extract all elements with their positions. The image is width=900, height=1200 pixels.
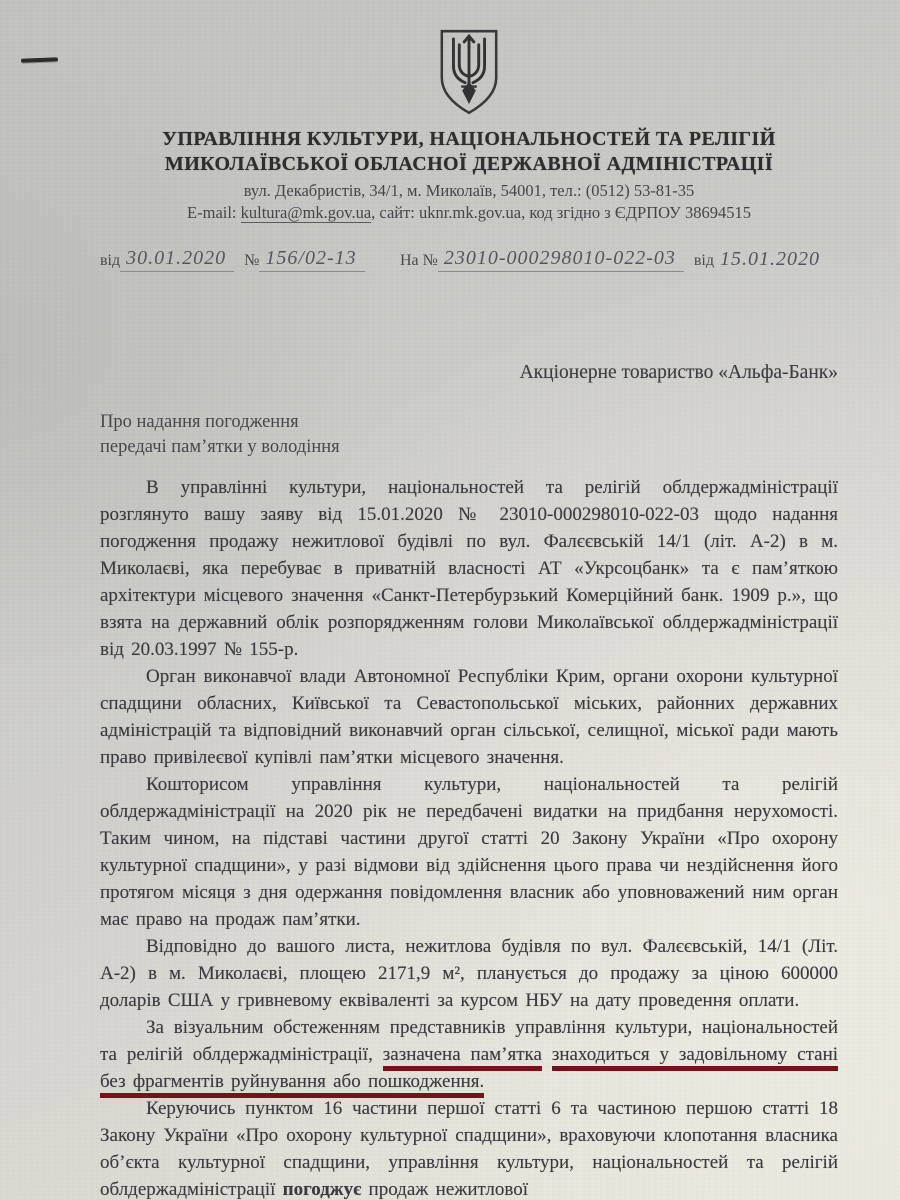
- body-paragraph-1: В управлінні культури, національностей т…: [100, 474, 838, 663]
- ukraine-trident-emblem-icon: [435, 26, 503, 118]
- body-paragraph-6: Керуючись пунктом 16 частини першої стат…: [100, 1095, 838, 1200]
- paragraph-6-tail: продаж нежитлової: [361, 1179, 528, 1200]
- reference-line: від 30.01.2020 № 156/02-13 На № 23010-00…: [100, 247, 838, 272]
- email-label: E-mail:: [187, 203, 241, 222]
- scanned-letter-page: УПРАВЛІННЯ КУЛЬТУРИ, НАЦІОНАЛЬНОСТЕЙ ТА …: [0, 0, 900, 1200]
- incoming-number-handwritten: 23010-000298010-022-03: [444, 247, 676, 269]
- outgoing-number-handwritten: 156/02-13: [265, 247, 356, 269]
- incoming-date-label: від: [694, 252, 714, 272]
- incoming-date-handwritten: 15.01.2020: [720, 248, 820, 270]
- incoming-number-label: На №: [400, 252, 438, 272]
- body-paragraph-2: Орган виконавчої влади Автономної Респуб…: [100, 663, 838, 771]
- org-address-line: вул. Декабристів, 34/1, м. Миколаїв, 540…: [100, 181, 838, 201]
- incoming-number-field: 23010-000298010-022-03: [438, 247, 684, 272]
- body-paragraph-5: За візуальним обстеженням представників …: [100, 1014, 838, 1095]
- outgoing-date-label: від: [100, 252, 120, 272]
- email-address: kultura@mk.gov.ua: [241, 203, 372, 223]
- subject-block: Про надання погодження передачі пам’ятки…: [100, 410, 838, 460]
- addressee-line: Акціонерне товариство «Альфа-Банк»: [100, 362, 838, 384]
- letter-body: В управлінні культури, національностей т…: [100, 474, 838, 1200]
- emblem-container: [100, 26, 838, 123]
- body-paragraph-3: Кошторисом управління культури, націонал…: [100, 771, 838, 933]
- subject-line2: передачі пам’ятки у володіння: [100, 435, 838, 460]
- body-paragraph-4: Відповідно до вашого листа, нежитлова бу…: [100, 933, 838, 1014]
- approval-word-bold: погоджує: [283, 1179, 362, 1200]
- red-underlined-text-1: зазначена пам’ятка: [383, 1044, 542, 1071]
- org-contact-line: E-mail: kultura@mk.gov.ua, сайт: uknr.mk…: [100, 203, 838, 223]
- subject-line1: Про надання погодження: [100, 410, 838, 435]
- document-content: УПРАВЛІННЯ КУЛЬТУРИ, НАЦІОНАЛЬНОСТЕЙ ТА …: [0, 0, 900, 1200]
- contact-rest: , сайт: uknr.mk.gov.ua, код згідно з ЄДР…: [371, 203, 751, 222]
- paragraph-5-space: [542, 1044, 552, 1065]
- org-name-line1: УПРАВЛІННЯ КУЛЬТУРИ, НАЦІОНАЛЬНОСТЕЙ ТА …: [100, 127, 838, 152]
- org-name-line2: МИКОЛАЇВСЬКОЇ ОБЛАСНОЇ ДЕРЖАВНОЇ АДМІНІС…: [100, 152, 838, 177]
- outgoing-number-label: №: [244, 252, 259, 272]
- outgoing-date-handwritten: 30.01.2020: [126, 247, 226, 269]
- outgoing-number-field: 156/02-13: [259, 247, 364, 272]
- incoming-date-field: 15.01.2020: [714, 248, 828, 272]
- outgoing-date-field: 30.01.2020: [120, 247, 234, 272]
